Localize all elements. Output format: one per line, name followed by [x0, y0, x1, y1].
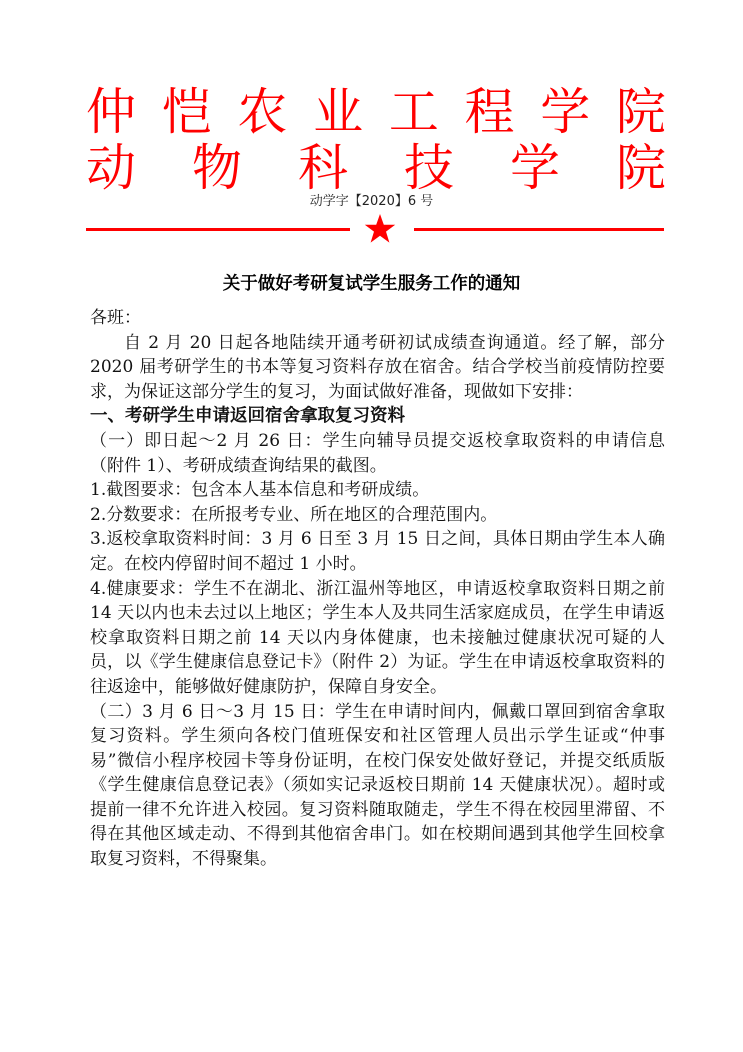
header-char: 学: [510, 140, 560, 196]
header-char: 程: [465, 84, 515, 140]
header-char: 技: [404, 140, 454, 196]
document-number: 动学字【2020】6 号: [0, 190, 743, 209]
star-icon: [364, 213, 396, 245]
header-char: 恺: [162, 84, 212, 140]
red-divider-right: [414, 228, 664, 231]
header-char: 院: [616, 84, 666, 140]
institution-name-line-2: 动 物 科 技 学 院: [86, 140, 666, 196]
header-char: 工: [389, 84, 439, 140]
institution-name-line-1: 仲 恺 农 业 工 程 学 院: [86, 84, 666, 140]
document-body: 各班： 自 2 月 20 日起各地陆续开通考研初试成绩查询通道。经了解，部分 2…: [90, 306, 665, 872]
header-char: 动: [86, 140, 136, 196]
intro-paragraph: 自 2 月 20 日起各地陆续开通考研初试成绩查询通道。经了解，部分 2020 …: [90, 331, 665, 405]
paragraph: 4.健康要求：学生不在湖北、浙江温州等地区，申请返校拿取资料日期之前 14 天以…: [90, 577, 665, 700]
salutation: 各班：: [90, 306, 665, 331]
paragraph: （一）即日起～2 月 26 日：学生向辅导员提交返校拿取资料的申请信息（附件 1…: [90, 429, 665, 478]
paragraph: （二）3 月 6 日～3 月 15 日：学生在申请时间内，佩戴口罩回到宿舍拿取复…: [90, 700, 665, 872]
header-char: 学: [540, 84, 590, 140]
red-divider-left: [86, 228, 350, 231]
section-heading: 一、考研学生申请返回宿舍拿取复习资料: [90, 404, 665, 429]
header-char: 仲: [86, 84, 136, 140]
header-char: 院: [616, 140, 666, 196]
header-char: 业: [313, 84, 363, 140]
paragraph: 3.返校拿取资料时间：3 月 6 日至 3 月 15 日之间，具体日期由学生本人…: [90, 527, 665, 576]
header-char: 物: [192, 140, 242, 196]
document-title: 关于做好考研复试学生服务工作的通知: [0, 270, 743, 295]
header-char: 科: [298, 140, 348, 196]
header-char: 农: [237, 84, 287, 140]
paragraph: 1.截图要求：包含本人基本信息和考研成绩。: [90, 478, 665, 503]
paragraph: 2.分数要求：在所报考专业、所在地区的合理范围内。: [90, 503, 665, 528]
